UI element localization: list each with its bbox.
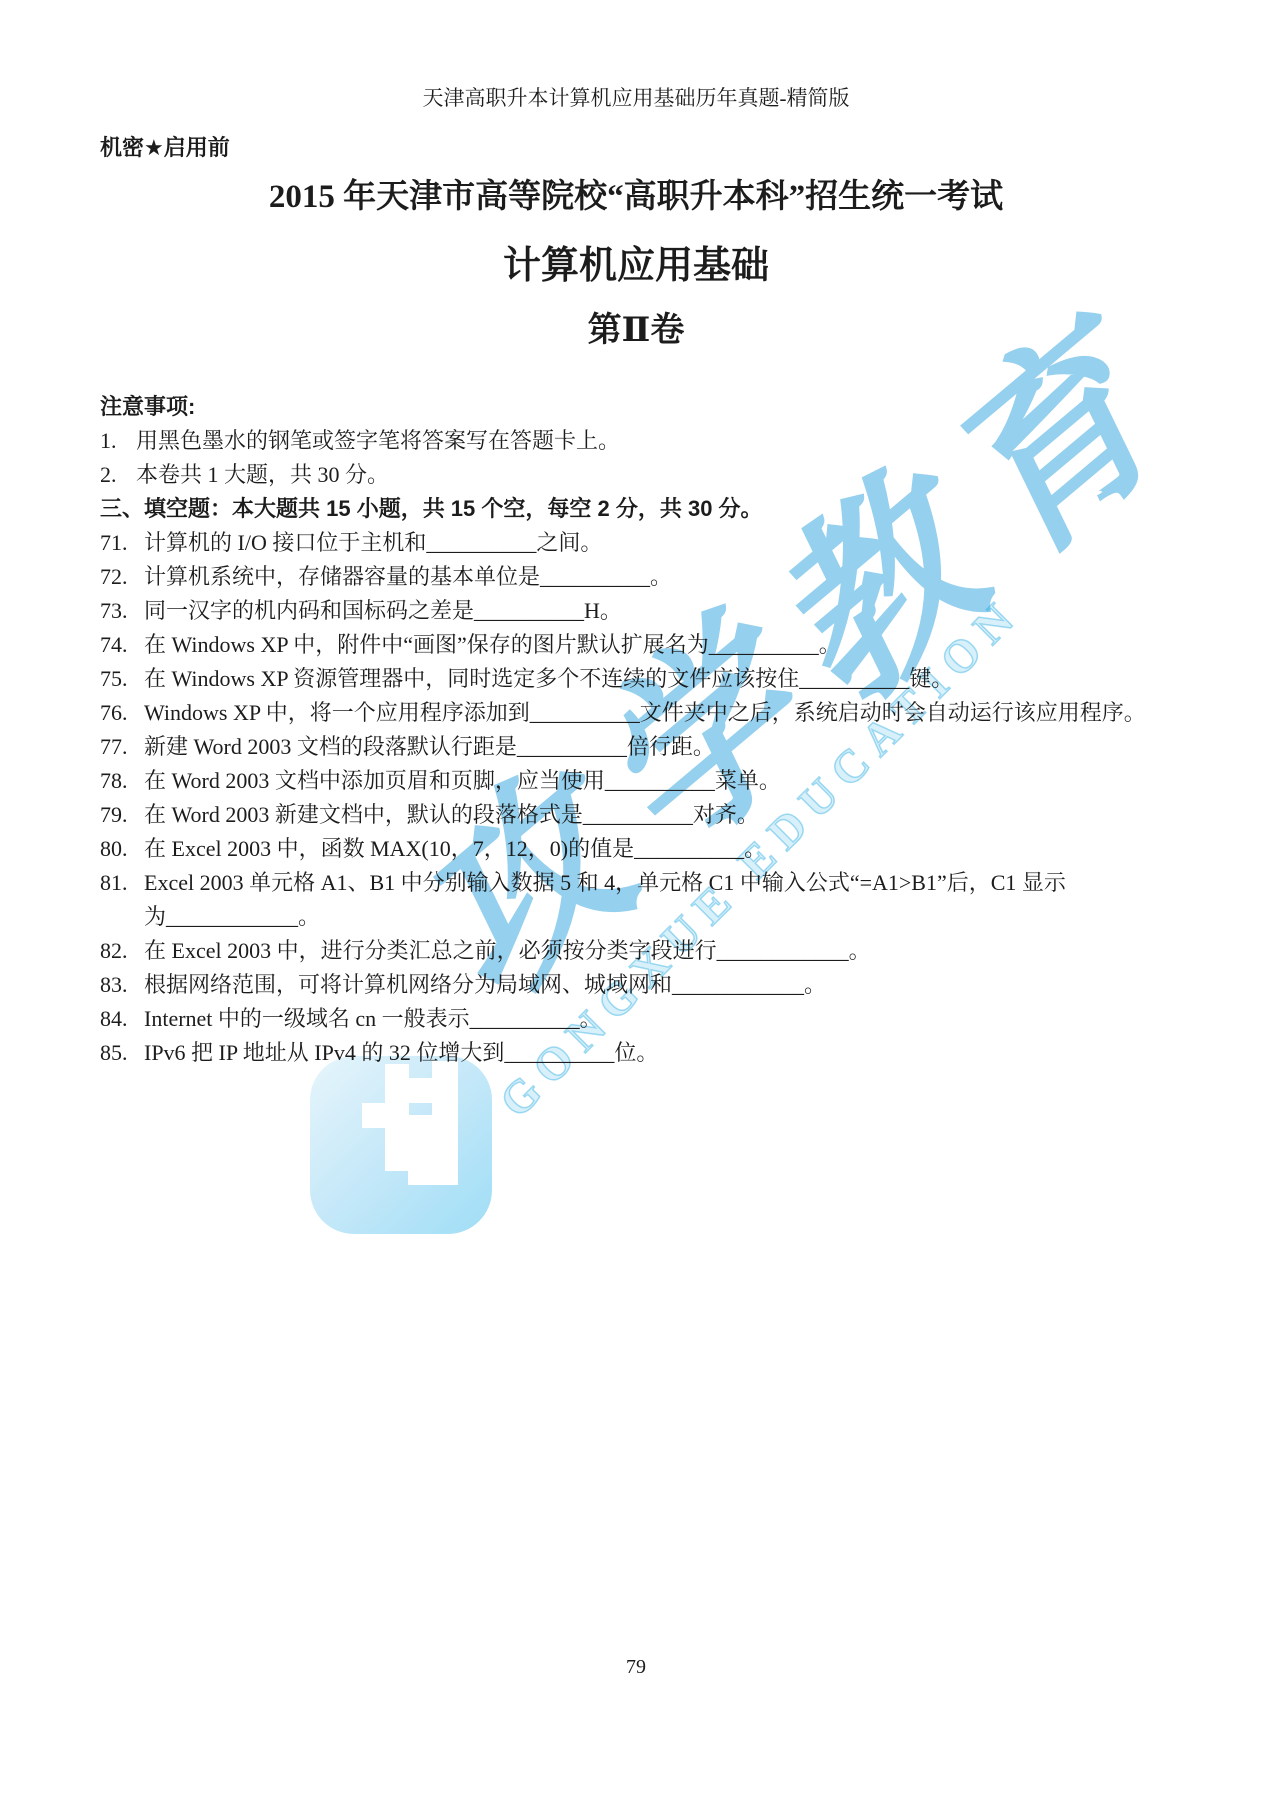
note-item: 2. 本卷共 1 大题，共 30 分。 [100, 458, 1188, 492]
question-row: 77. 新建 Word 2003 文档的段落默认行距是__________倍行距… [100, 730, 1188, 764]
question-number: 72. [100, 560, 144, 594]
question-row: 83. 根据网络范围，可将计算机网络分为局域网、城域网和____________… [100, 968, 1188, 1002]
question-number: 75. [100, 662, 144, 696]
question-text: 计算机的 I/O 接口位于主机和__________之间。 [144, 526, 1188, 560]
exam-subject: 计算机应用基础 [0, 234, 1272, 289]
question-number: 79. [100, 798, 144, 832]
question-text: IPv6 把 IP 地址从 IPv4 的 32 位增大到__________位。 [144, 1036, 1188, 1070]
question-row: 82. 在 Excel 2003 中，进行分类汇总之前，必须按分类字段进行___… [100, 934, 1188, 968]
question-row: 80. 在 Excel 2003 中，函数 MAX(10，7，12，0)的值是_… [100, 832, 1188, 866]
exam-body: 注意事项: 1. 用黑色墨水的钢笔或签字笔将答案写在答题卡上。 2. 本卷共 1… [100, 390, 1188, 1070]
document-header-line: 天津高职升本计算机应用基础历年真题-精简版 [0, 82, 1272, 112]
question-number: 80. [100, 832, 144, 866]
question-number: 74. [100, 628, 144, 662]
question-number: 73. [100, 594, 144, 628]
question-row: 72. 计算机系统中，存储器容量的基本单位是__________。 [100, 560, 1188, 594]
question-number: 85. [100, 1036, 144, 1070]
question-row: 74. 在 Windows XP 中，附件中“画图”保存的图片默认扩展名为___… [100, 628, 1188, 662]
question-row: 78. 在 Word 2003 文档中添加页眉和页脚，应当使用_________… [100, 764, 1188, 798]
question-text: Excel 2003 单元格 A1、B1 中分别输入数据 5 和 4，单元格 C… [144, 866, 1188, 934]
question-text: 在 Windows XP 中，附件中“画图”保存的图片默认扩展名为_______… [144, 628, 1188, 662]
question-number: 78. [100, 764, 144, 798]
question-text: 新建 Word 2003 文档的段落默认行距是__________倍行距。 [144, 730, 1188, 764]
question-row: 75. 在 Windows XP 资源管理器中，同时选定多个不连续的文件应该按住… [100, 662, 1188, 696]
note-text: 本卷共 1 大题，共 30 分。 [136, 458, 1188, 492]
question-text: Windows XP 中，将一个应用程序添加到__________文件夹中之后，… [144, 696, 1188, 730]
question-text: 在 Excel 2003 中，函数 MAX(10，7，12，0)的值是_____… [144, 832, 1188, 866]
question-text: 同一汉字的机内码和国标码之差是__________H。 [144, 594, 1188, 628]
question-text: 在 Windows XP 资源管理器中，同时选定多个不连续的文件应该按住____… [144, 662, 1188, 696]
question-text: 在 Excel 2003 中，进行分类汇总之前，必须按分类字段进行_______… [144, 934, 1188, 968]
question-text: 根据网络范围，可将计算机网络分为局域网、城域网和____________。 [144, 968, 1188, 1002]
question-row: 84. Internet 中的一级域名 cn 一般表示__________。 [100, 1002, 1188, 1036]
note-item: 1. 用黑色墨水的钢笔或签字笔将答案写在答题卡上。 [100, 424, 1188, 458]
question-number: 83. [100, 968, 144, 1002]
question-number: 71. [100, 526, 144, 560]
question-row: 71. 计算机的 I/O 接口位于主机和__________之间。 [100, 526, 1188, 560]
question-row: 79. 在 Word 2003 新建文档中，默认的段落格式是__________… [100, 798, 1188, 832]
gongxue-logo-icon [310, 1056, 492, 1234]
question-number: 84. [100, 1002, 144, 1036]
note-number: 2. [100, 458, 136, 492]
page-number: 79 [0, 1656, 1272, 1679]
question-number: 77. [100, 730, 144, 764]
classification-label: 机密★启用前 [100, 131, 230, 162]
question-text: 计算机系统中，存储器容量的基本单位是__________。 [144, 560, 1188, 594]
section-heading: 三、填空题：本大题共 15 小题，共 15 个空，每空 2 分，共 30 分。 [100, 492, 1188, 526]
question-number: 82. [100, 934, 144, 968]
notes-heading: 注意事项: [100, 390, 1188, 424]
question-row: 81. Excel 2003 单元格 A1、B1 中分别输入数据 5 和 4，单… [100, 866, 1188, 934]
note-number: 1. [100, 424, 136, 458]
question-text: 在 Word 2003 新建文档中，默认的段落格式是__________对齐。 [144, 798, 1188, 832]
question-row: 85. IPv6 把 IP 地址从 IPv4 的 32 位增大到________… [100, 1036, 1188, 1070]
exam-title: 2015 年天津市高等院校“高职升本科”招生统一考试 [0, 170, 1272, 217]
question-row: 73. 同一汉字的机内码和国标码之差是__________H。 [100, 594, 1188, 628]
question-text: Internet 中的一级域名 cn 一般表示__________。 [144, 1002, 1188, 1036]
note-text: 用黑色墨水的钢笔或签字笔将答案写在答题卡上。 [136, 424, 1188, 458]
question-number: 81. [100, 866, 144, 900]
question-number: 76. [100, 696, 144, 730]
exam-volume: 第Ⅱ卷 [0, 302, 1272, 351]
question-text: 在 Word 2003 文档中添加页眉和页脚，应当使用__________菜单。 [144, 764, 1188, 798]
question-row: 76. Windows XP 中，将一个应用程序添加到__________文件夹… [100, 696, 1188, 730]
